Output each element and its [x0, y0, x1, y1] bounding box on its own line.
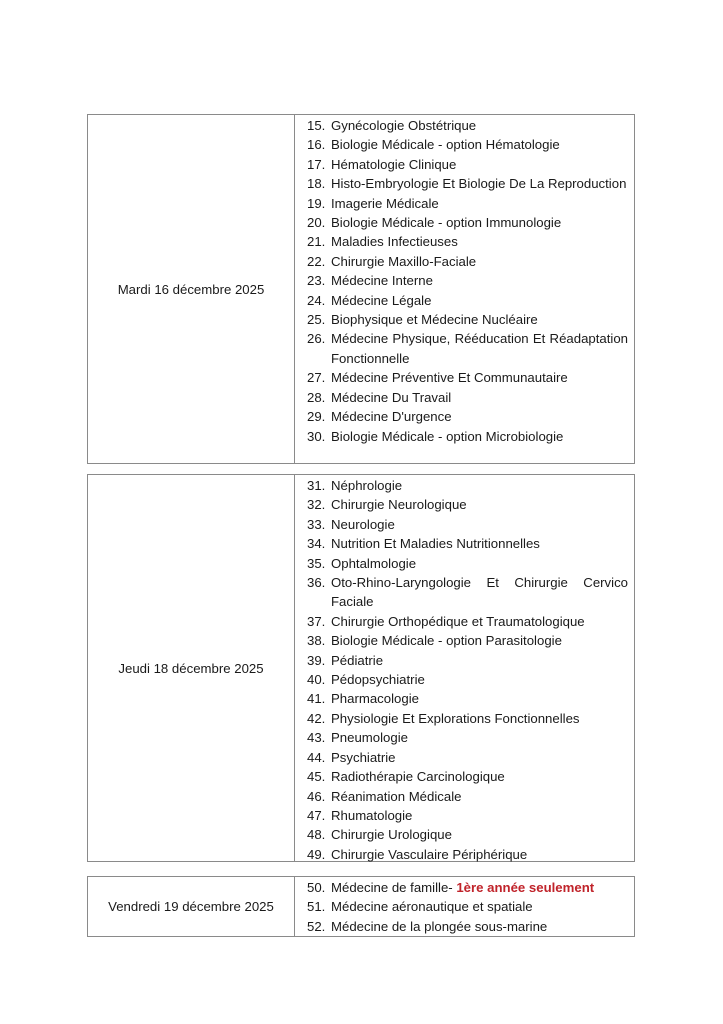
specialty-label: Pneumologie: [331, 730, 408, 745]
item-number: 37.: [307, 612, 331, 631]
specialty-name: Neurologie: [331, 515, 628, 534]
specialty-name: Chirurgie Neurologique: [331, 495, 628, 514]
list-item: 28.Médecine Du Travail: [307, 388, 628, 407]
session-table-1: Mardi 16 décembre 2025 15.Gynécologie Ob…: [87, 114, 635, 464]
list-item: 15.Gynécologie Obstétrique: [307, 116, 628, 135]
list-item: 35.Ophtalmologie: [307, 554, 628, 573]
specialty-label: Psychiatrie: [331, 750, 396, 765]
list-item: 20.Biologie Médicale - option Immunologi…: [307, 213, 628, 232]
specialty-name: Pharmacologie: [331, 689, 628, 708]
specialty-name: Médecine Interne: [331, 271, 628, 290]
specialty-name: Chirurgie Urologique: [331, 825, 628, 844]
specialty-label: Pédopsychiatrie: [331, 672, 425, 687]
specialty-name: Réanimation Médicale: [331, 787, 628, 806]
item-number: 47.: [307, 806, 331, 825]
session-date: Vendredi 19 décembre 2025: [88, 877, 295, 936]
list-item: 45.Radiothérapie Carcinologique: [307, 767, 628, 786]
item-number: 16.: [307, 135, 331, 154]
list-item: 17.Hématologie Clinique: [307, 155, 628, 174]
specialty-label: Radiothérapie Carcinologique: [331, 769, 505, 784]
list-item: 34.Nutrition Et Maladies Nutritionnelles: [307, 534, 628, 553]
specialty-label: Physiologie Et Explorations Fonctionnell…: [331, 711, 580, 726]
specialty-label: Médecine Légale: [331, 293, 431, 308]
specialty-label: Imagerie Médicale: [331, 196, 439, 211]
list-item: 23.Médecine Interne: [307, 271, 628, 290]
specialty-label: Biologie Médicale - option Hématologie: [331, 137, 560, 152]
specialty-name: Médecine de famille- 1ère année seulemen…: [331, 878, 628, 897]
list-item: 52.Médecine de la plongée sous-marine: [307, 917, 628, 936]
list-item: 30.Biologie Médicale - option Microbiolo…: [307, 427, 628, 446]
specialty-name: Pédiatrie: [331, 651, 628, 670]
item-number: 51.: [307, 897, 331, 916]
item-number: 23.: [307, 271, 331, 290]
item-number: 25.: [307, 310, 331, 329]
item-number: 28.: [307, 388, 331, 407]
list-item: 36.Oto-Rhino-Laryngologie Et Chirurgie C…: [307, 573, 628, 612]
specialty-label: Biologie Médicale - option Immunologie: [331, 215, 561, 230]
specialty-name: Biologie Médicale - option Immunologie: [331, 213, 628, 232]
list-item: 39.Pédiatrie: [307, 651, 628, 670]
specialty-label: Biologie Médicale - option Parasitologie: [331, 633, 562, 648]
item-number: 45.: [307, 767, 331, 786]
list-item: 21.Maladies Infectieuses: [307, 232, 628, 251]
item-number: 41.: [307, 689, 331, 708]
item-number: 15.: [307, 116, 331, 135]
list-item: 26.Médecine Physique, Rééducation Et Réa…: [307, 329, 628, 368]
specialty-label: Chirurgie Vasculaire Périphérique: [331, 847, 527, 862]
list-item: 47.Rhumatologie: [307, 806, 628, 825]
item-number: 32.: [307, 495, 331, 514]
specialty-name: Ophtalmologie: [331, 554, 628, 573]
item-number: 39.: [307, 651, 331, 670]
specialty-name: Biophysique et Médecine Nucléaire: [331, 310, 628, 329]
item-number: 27.: [307, 368, 331, 387]
list-item: 22.Chirurgie Maxillo-Faciale: [307, 252, 628, 271]
list-item: 42.Physiologie Et Explorations Fonctionn…: [307, 709, 628, 728]
list-item: 25.Biophysique et Médecine Nucléaire: [307, 310, 628, 329]
list-item: 48.Chirurgie Urologique: [307, 825, 628, 844]
specialty-name: Gynécologie Obstétrique: [331, 116, 628, 135]
specialty-label: Pédiatrie: [331, 653, 383, 668]
specialty-name: Biologie Médicale - option Hématologie: [331, 135, 628, 154]
specialty-name: Imagerie Médicale: [331, 194, 628, 213]
specialty-label: Médecine Préventive Et Communautaire: [331, 370, 568, 385]
list-item: 33.Neurologie: [307, 515, 628, 534]
specialty-label: Chirurgie Orthopédique et Traumatologiqu…: [331, 614, 585, 629]
specialty-name: Médecine aéronautique et spatiale: [331, 897, 628, 916]
specialty-name: Néphrologie: [331, 476, 628, 495]
session-date: Mardi 16 décembre 2025: [88, 115, 295, 463]
specialty-label: Pharmacologie: [331, 691, 419, 706]
specialty-label: Ophtalmologie: [331, 556, 416, 571]
item-number: 24.: [307, 291, 331, 310]
specialty-label: Médecine aéronautique et spatiale: [331, 899, 533, 914]
specialty-label: Oto-Rhino-Laryngologie Et Chirurgie Cerv…: [331, 575, 628, 609]
item-number: 50.: [307, 878, 331, 897]
specialty-label: Médecine Interne: [331, 273, 433, 288]
specialty-name: Médecine D'urgence: [331, 407, 628, 426]
specialty-name: Médecine de la plongée sous-marine: [331, 917, 628, 936]
specialty-name: Rhumatologie: [331, 806, 628, 825]
specialty-label: Biologie Médicale - option Microbiologie: [331, 429, 563, 444]
list-item: 29.Médecine D'urgence: [307, 407, 628, 426]
specialty-name: Pédopsychiatrie: [331, 670, 628, 689]
item-number: 38.: [307, 631, 331, 650]
item-number: 26.: [307, 329, 331, 368]
list-item: 16.Biologie Médicale - option Hématologi…: [307, 135, 628, 154]
item-number: 21.: [307, 232, 331, 251]
specialty-label: Rhumatologie: [331, 808, 412, 823]
specialty-list: 15.Gynécologie Obstétrique16.Biologie Mé…: [295, 115, 634, 463]
specialty-name: Histo-Embryologie Et Biologie De La Repr…: [331, 174, 628, 193]
specialty-name: Chirurgie Vasculaire Périphérique: [331, 845, 628, 864]
item-number: 34.: [307, 534, 331, 553]
specialty-label: Réanimation Médicale: [331, 789, 461, 804]
specialty-label: Chirurgie Neurologique: [331, 497, 467, 512]
specialty-name: Pneumologie: [331, 728, 628, 747]
specialty-label: Hématologie Clinique: [331, 157, 456, 172]
item-number: 19.: [307, 194, 331, 213]
specialty-name: Biologie Médicale - option Microbiologie: [331, 427, 628, 446]
specialty-label: Nutrition Et Maladies Nutritionnelles: [331, 536, 540, 551]
session-date: Jeudi 18 décembre 2025: [88, 475, 295, 861]
specialty-label: Chirurgie Maxillo-Faciale: [331, 254, 476, 269]
item-number: 33.: [307, 515, 331, 534]
list-item: 40.Pédopsychiatrie: [307, 670, 628, 689]
item-number: 36.: [307, 573, 331, 612]
list-item: 46.Réanimation Médicale: [307, 787, 628, 806]
list-item: 50.Médecine de famille- 1ère année seule…: [307, 878, 628, 897]
list-item: 51.Médecine aéronautique et spatiale: [307, 897, 628, 916]
specialty-label: Neurologie: [331, 517, 395, 532]
specialty-list: 31.Néphrologie32.Chirurgie Neurologique3…: [295, 475, 634, 861]
list-item: 19.Imagerie Médicale: [307, 194, 628, 213]
specialty-name: Maladies Infectieuses: [331, 232, 628, 251]
specialty-label: Gynécologie Obstétrique: [331, 118, 476, 133]
specialty-name: Médecine Physique, Rééducation Et Réadap…: [331, 329, 628, 368]
list-item: 24.Médecine Légale: [307, 291, 628, 310]
list-item: 27.Médecine Préventive Et Communautaire: [307, 368, 628, 387]
specialty-label: Médecine Physique, Rééducation Et Réadap…: [331, 331, 628, 365]
specialty-name: Biologie Médicale - option Parasitologie: [331, 631, 628, 650]
list-item: 37.Chirurgie Orthopédique et Traumatolog…: [307, 612, 628, 631]
list-item: 31.Néphrologie: [307, 476, 628, 495]
specialty-name: Psychiatrie: [331, 748, 628, 767]
specialty-name: Hématologie Clinique: [331, 155, 628, 174]
list-item: 41.Pharmacologie: [307, 689, 628, 708]
specialty-label: Chirurgie Urologique: [331, 827, 452, 842]
item-number: 22.: [307, 252, 331, 271]
restriction-note: 1ère année seulement: [456, 880, 594, 895]
item-number: 20.: [307, 213, 331, 232]
specialty-label: Médecine Du Travail: [331, 390, 451, 405]
list-item: 32.Chirurgie Neurologique: [307, 495, 628, 514]
specialty-list: 50.Médecine de famille- 1ère année seule…: [295, 877, 634, 936]
specialty-name: Chirurgie Orthopédique et Traumatologiqu…: [331, 612, 628, 631]
item-number: 30.: [307, 427, 331, 446]
specialty-name: Chirurgie Maxillo-Faciale: [331, 252, 628, 271]
specialty-label: Médecine de la plongée sous-marine: [331, 919, 547, 934]
item-number: 40.: [307, 670, 331, 689]
item-number: 46.: [307, 787, 331, 806]
item-number: 44.: [307, 748, 331, 767]
specialty-label: Néphrologie: [331, 478, 402, 493]
session-table-2: Jeudi 18 décembre 2025 31.Néphrologie32.…: [87, 474, 635, 862]
item-number: 49.: [307, 845, 331, 864]
specialty-name: Radiothérapie Carcinologique: [331, 767, 628, 786]
item-number: 31.: [307, 476, 331, 495]
item-number: 43.: [307, 728, 331, 747]
specialty-label: Maladies Infectieuses: [331, 234, 458, 249]
specialty-label: Médecine de famille-: [331, 880, 456, 895]
specialty-name: Médecine Légale: [331, 291, 628, 310]
item-number: 18.: [307, 174, 331, 193]
list-item: 49.Chirurgie Vasculaire Périphérique: [307, 845, 628, 864]
list-item: 44.Psychiatrie: [307, 748, 628, 767]
list-item: 38.Biologie Médicale - option Parasitolo…: [307, 631, 628, 650]
specialty-name: Médecine Du Travail: [331, 388, 628, 407]
item-number: 29.: [307, 407, 331, 426]
item-number: 35.: [307, 554, 331, 573]
specialty-label: Médecine D'urgence: [331, 409, 452, 424]
specialty-name: Oto-Rhino-Laryngologie Et Chirurgie Cerv…: [331, 573, 628, 612]
specialty-name: Nutrition Et Maladies Nutritionnelles: [331, 534, 628, 553]
item-number: 48.: [307, 825, 331, 844]
item-number: 42.: [307, 709, 331, 728]
specialty-name: Physiologie Et Explorations Fonctionnell…: [331, 709, 628, 728]
session-table-3: Vendredi 19 décembre 2025 50.Médecine de…: [87, 876, 635, 937]
specialty-label: Biophysique et Médecine Nucléaire: [331, 312, 538, 327]
item-number: 52.: [307, 917, 331, 936]
list-item: 18.Histo-Embryologie Et Biologie De La R…: [307, 174, 628, 193]
item-number: 17.: [307, 155, 331, 174]
specialty-name: Médecine Préventive Et Communautaire: [331, 368, 628, 387]
list-item: 43.Pneumologie: [307, 728, 628, 747]
specialty-label: Histo-Embryologie Et Biologie De La Repr…: [331, 176, 626, 191]
